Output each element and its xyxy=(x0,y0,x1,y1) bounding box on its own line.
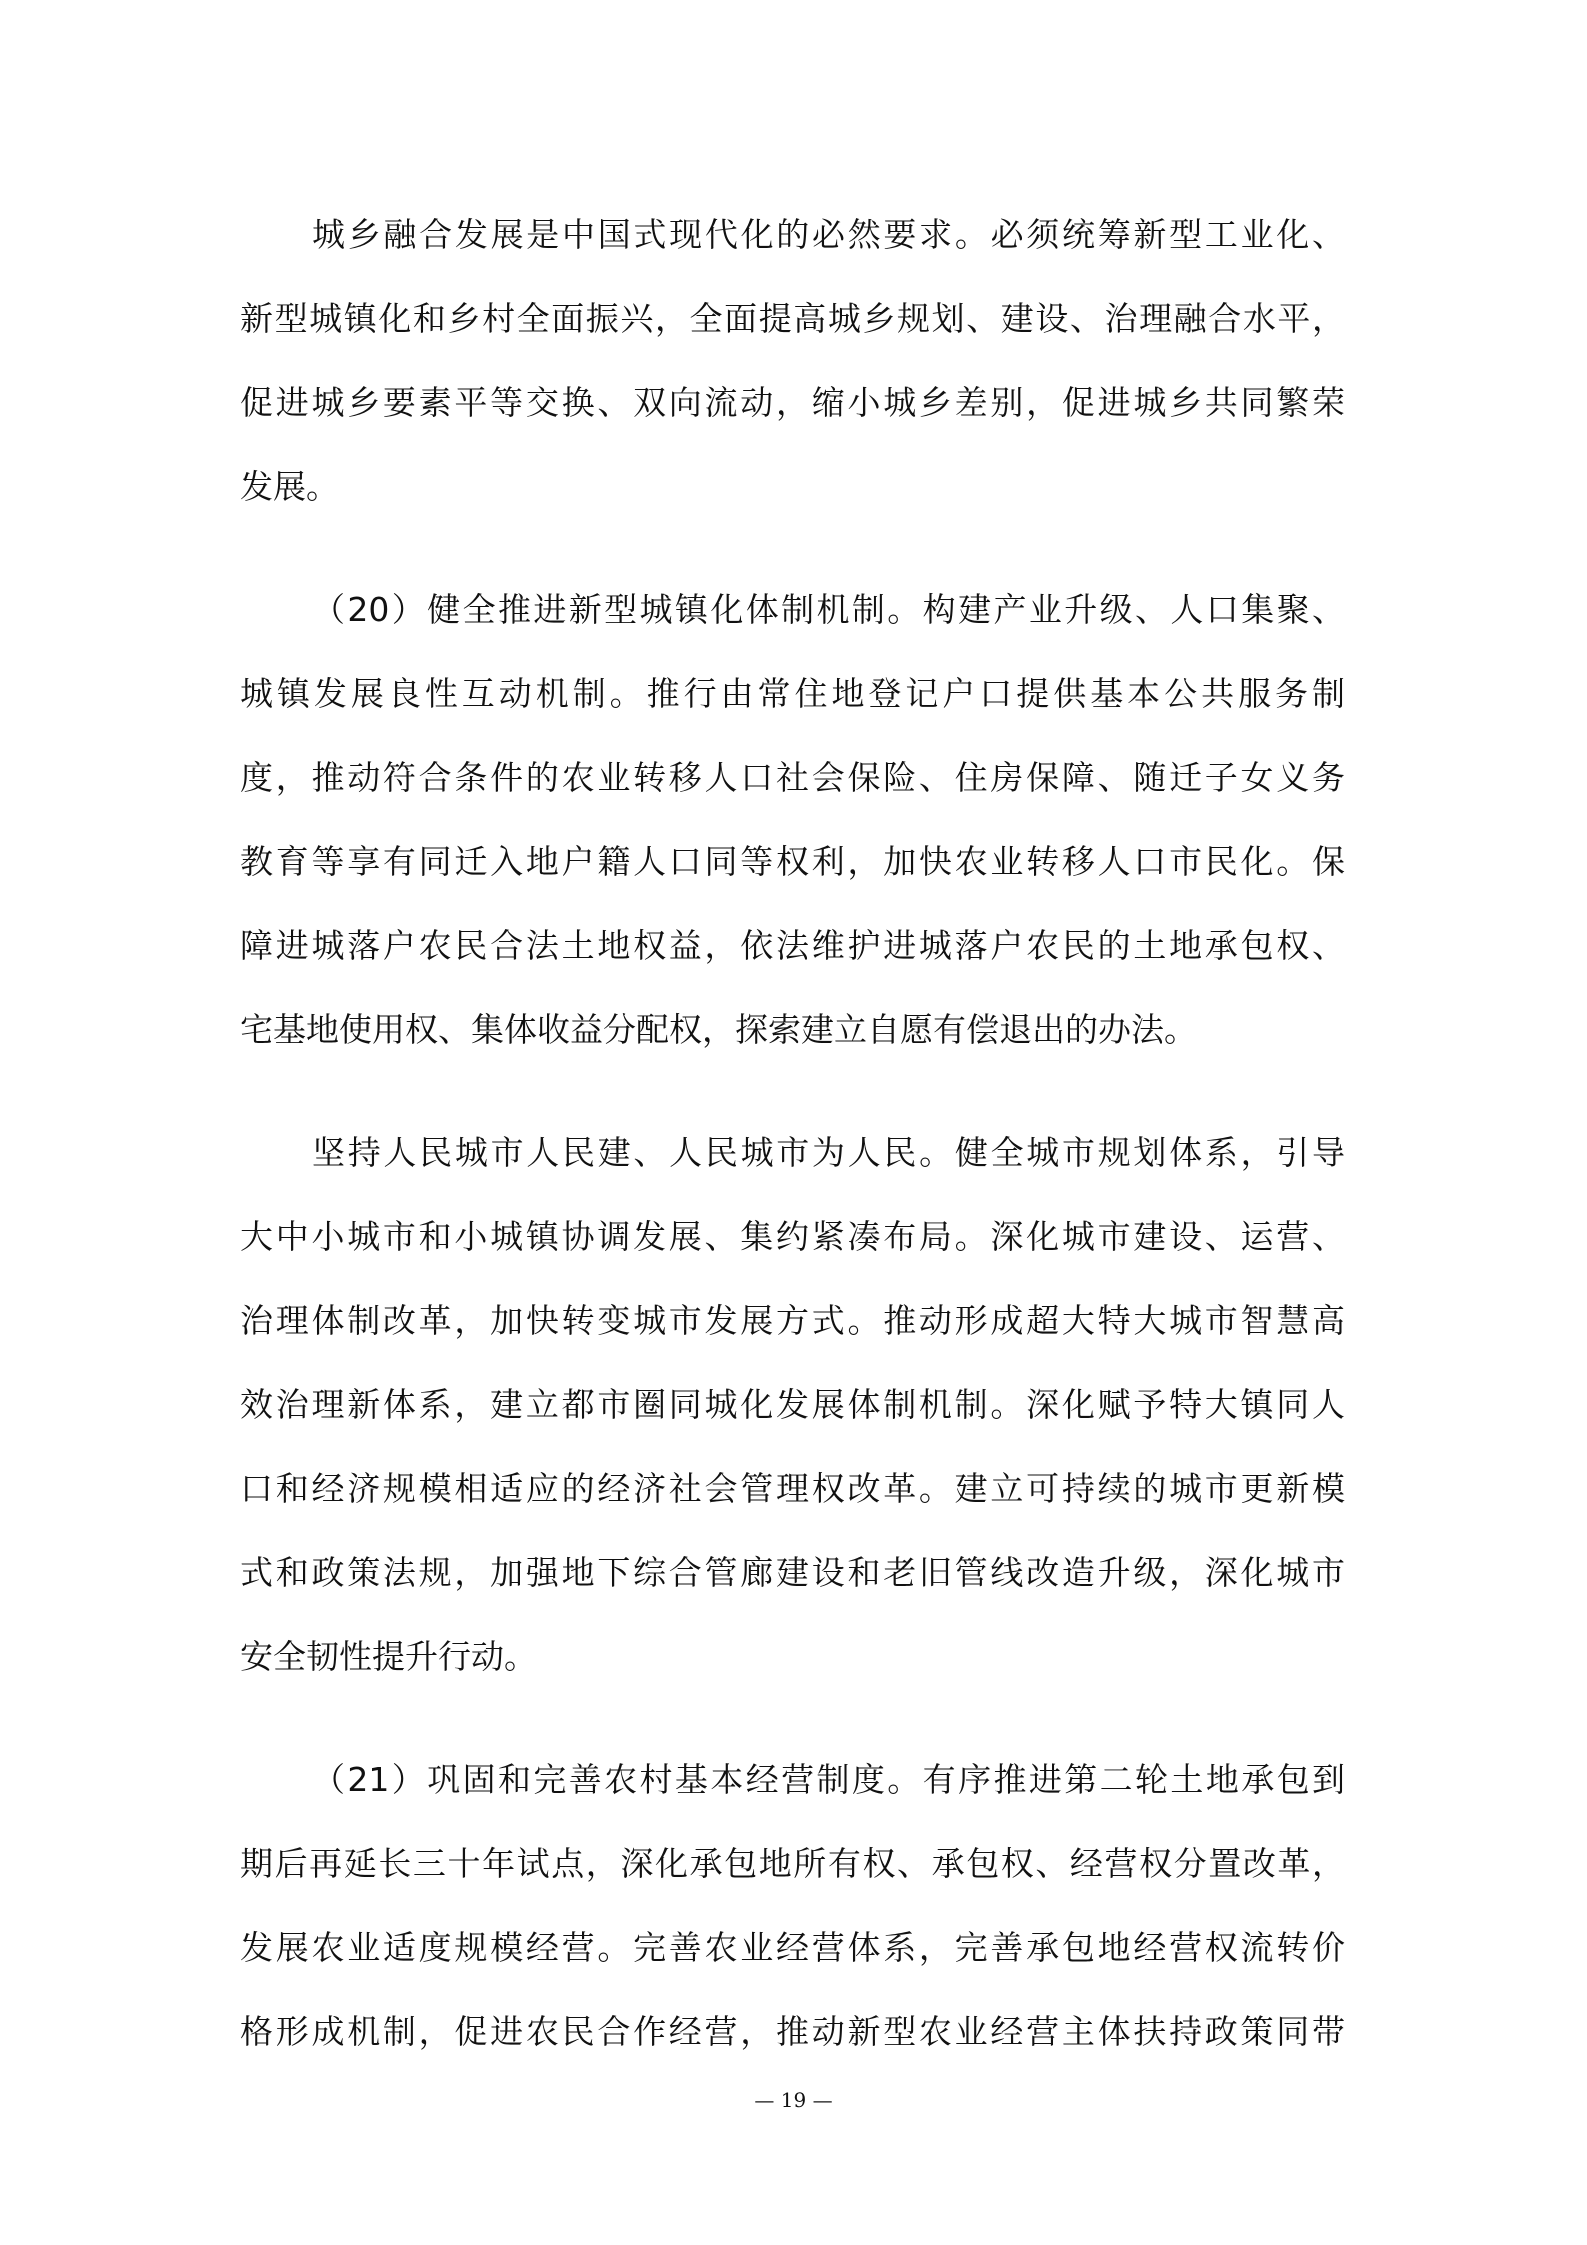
text-line: 发展农业适度规模经营。完善农业经营体系，完善承包地经营权流转价 xyxy=(240,1906,1345,1990)
text-line: （20）健全推进新型城镇化体制机制。构建产业升级、人口集聚、 xyxy=(240,568,1345,652)
paragraph-item-21: （21）巩固和完善农村基本经营制度。有序推进第二轮土地承包到 期后再延长三十年试… xyxy=(240,1738,1345,2074)
paragraph-people-city: 坚持人民城市人民建、人民城市为人民。健全城市规划体系，引导 大中小城市和小城镇协… xyxy=(240,1111,1345,1699)
text-line: 安全韧性提升行动。 xyxy=(240,1615,1345,1699)
text-line: 期后再延长三十年试点，深化承包地所有权、承包权、经营权分置改革， xyxy=(240,1822,1345,1906)
text-line: 促进城乡要素平等交换、双向流动，缩小城乡差别，促进城乡共同繁荣 xyxy=(240,361,1345,445)
text-line: 格形成机制，促进农民合作经营，推动新型农业经营主体扶持政策同带 xyxy=(240,1990,1345,2074)
text-line: 坚持人民城市人民建、人民城市为人民。健全城市规划体系，引导 xyxy=(240,1111,1345,1195)
page-number: — 19 — xyxy=(0,2086,1587,2114)
text-line: 宅基地使用权、集体收益分配权，探索建立自愿有偿退出的办法。 xyxy=(240,988,1345,1072)
text-line: 式和政策法规，加强地下综合管廊建设和老旧管线改造升级，深化城市 xyxy=(240,1531,1345,1615)
text-line: 发展。 xyxy=(240,445,1345,529)
text-line: 度，推动符合条件的农业转移人口社会保险、住房保障、随迁子女义务 xyxy=(240,736,1345,820)
document-page: 城乡融合发展是中国式现代化的必然要求。必须统筹新型工业化、 新型城镇化和乡村全面… xyxy=(0,0,1587,2245)
text-line: （21）巩固和完善农村基本经营制度。有序推进第二轮土地承包到 xyxy=(240,1738,1345,1822)
paragraph-urban-rural-integration: 城乡融合发展是中国式现代化的必然要求。必须统筹新型工业化、 新型城镇化和乡村全面… xyxy=(240,193,1345,529)
text-line: 治理体制改革，加快转变城市发展方式。推动形成超大特大城市智慧高 xyxy=(240,1279,1345,1363)
text-line: 效治理新体系，建立都市圈同城化发展体制机制。深化赋予特大镇同人 xyxy=(240,1363,1345,1447)
text-line: 障进城落户农民合法土地权益，依法维护进城落户农民的土地承包权、 xyxy=(240,904,1345,988)
text-line: 教育等享有同迁入地户籍人口同等权利，加快农业转移人口市民化。保 xyxy=(240,820,1345,904)
paragraph-item-20: （20）健全推进新型城镇化体制机制。构建产业升级、人口集聚、 城镇发展良性互动机… xyxy=(240,568,1345,1072)
text-line: 口和经济规模相适应的经济社会管理权改革。建立可持续的城市更新模 xyxy=(240,1447,1345,1531)
text-line: 城镇发展良性互动机制。推行由常住地登记户口提供基本公共服务制 xyxy=(240,652,1345,736)
body-text: 城乡融合发展是中国式现代化的必然要求。必须统筹新型工业化、 新型城镇化和乡村全面… xyxy=(240,193,1345,2113)
text-line: 城乡融合发展是中国式现代化的必然要求。必须统筹新型工业化、 xyxy=(240,193,1345,277)
text-line: 新型城镇化和乡村全面振兴，全面提高城乡规划、建设、治理融合水平， xyxy=(240,277,1345,361)
text-line: 大中小城市和小城镇协调发展、集约紧凑布局。深化城市建设、运营、 xyxy=(240,1195,1345,1279)
